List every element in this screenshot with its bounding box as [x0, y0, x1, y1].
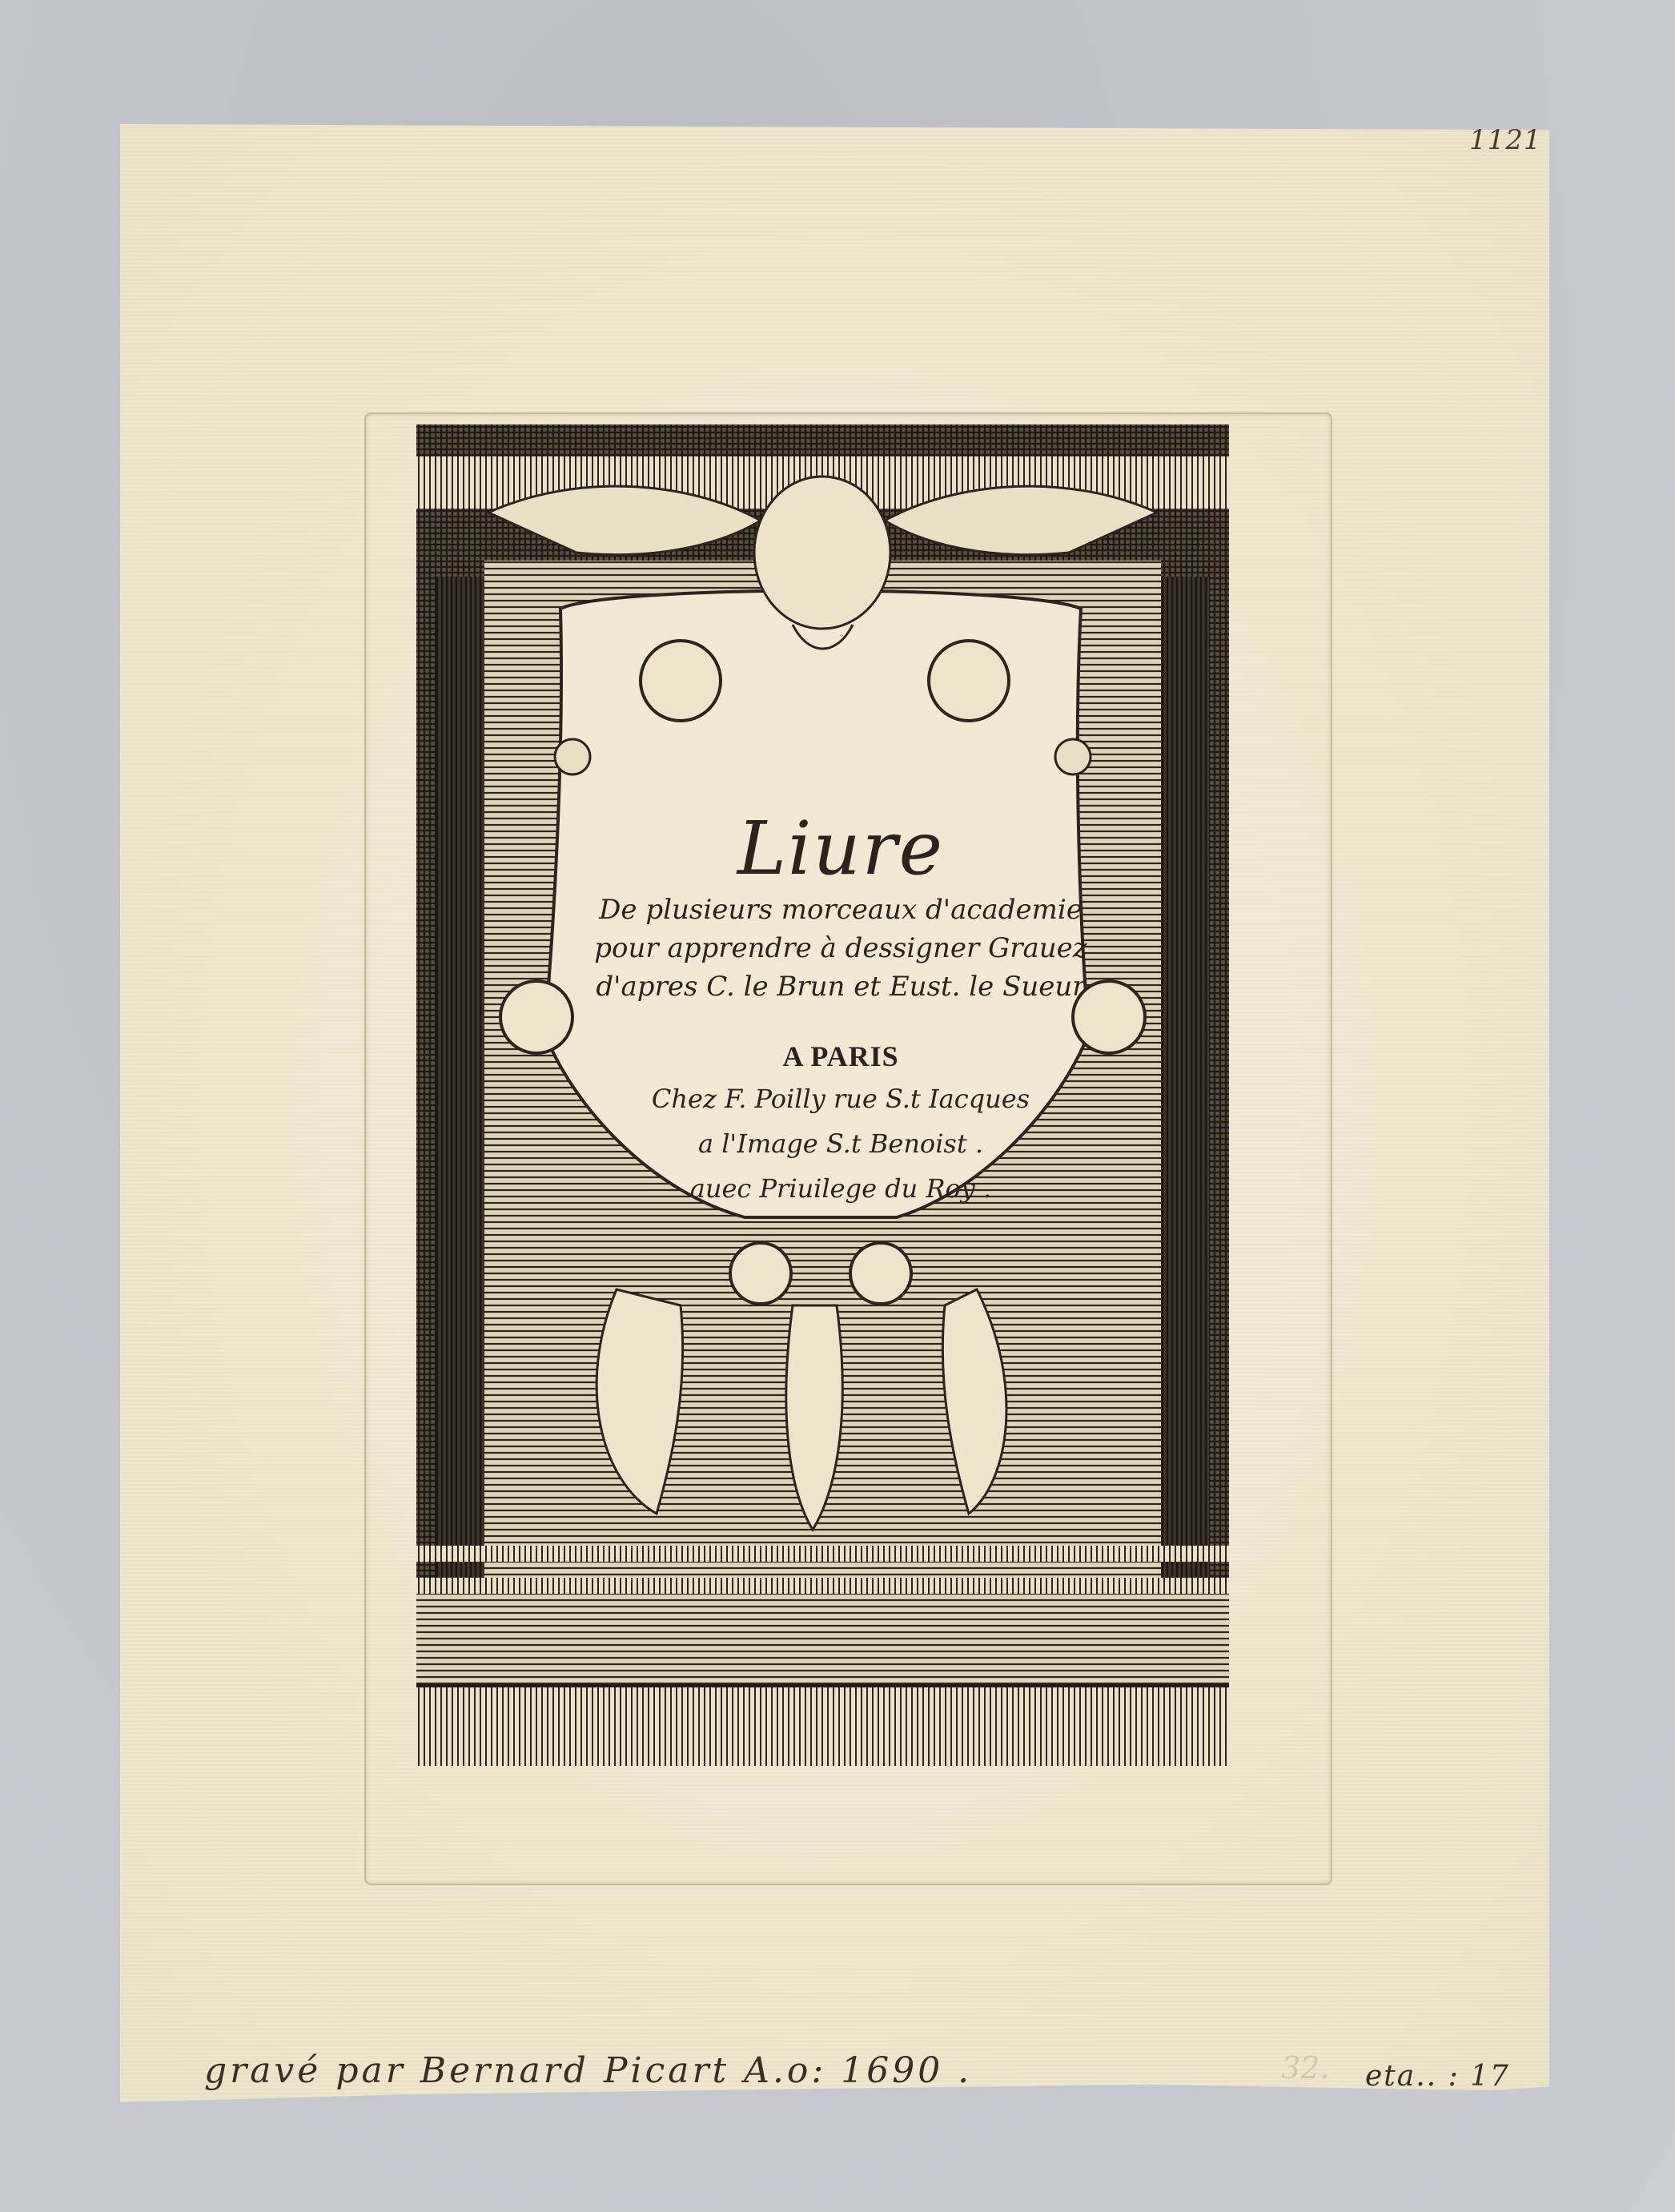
engraver-inscription: gravé par Bernard Picart A.o: 1690 . — [204, 2050, 972, 2091]
inventory-number: 1121 — [1469, 124, 1542, 156]
publisher-line-1: Chez F. Poilly rue S.t Iacques — [552, 1076, 1129, 1121]
cartouche-text: Liure De plusieurs morceaux d'academie p… — [552, 809, 1129, 1211]
subtitle-line-3: d'apres C. le Brun et Eust. le Sueur — [552, 967, 1129, 1006]
subtitle-line-2: pour apprendre à dessigner Grauez — [552, 929, 1129, 967]
book-title: Liure — [552, 809, 1129, 889]
privilege-line: auec Priuilege du Roy . — [552, 1166, 1129, 1211]
faint-number: 32. — [1281, 2050, 1329, 2085]
catalog-note: eta.. : 17 — [1365, 2060, 1510, 2093]
imprint-place: A PARIS — [552, 1036, 1129, 1076]
subtitle-line-1: De plusieurs morceaux d'academie — [552, 891, 1129, 929]
publisher-line-2: a l'Image S.t Benoist . — [552, 1121, 1129, 1166]
